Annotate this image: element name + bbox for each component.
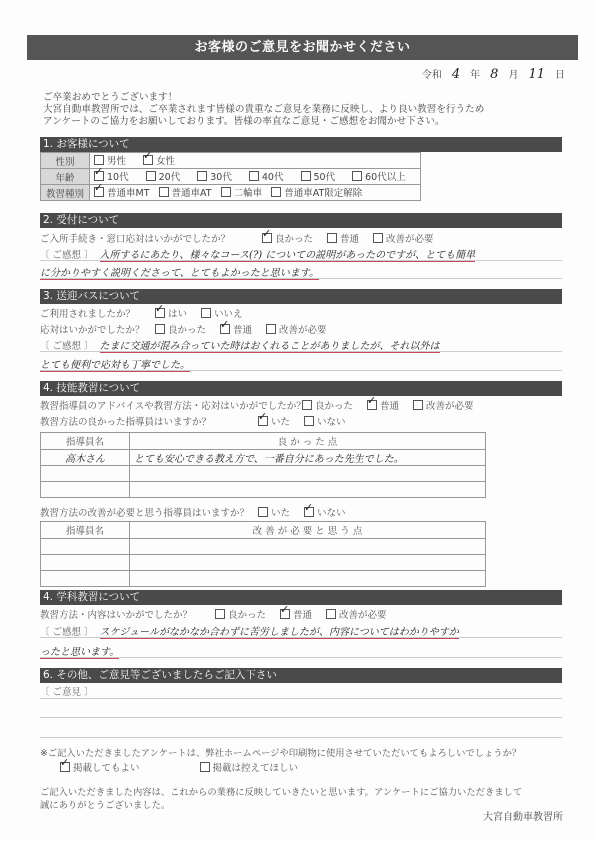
checkbox-needs-improvement[interactable]: 改善が必要 (413, 398, 474, 412)
instructor-name-cell[interactable] (41, 571, 130, 587)
checkbox-yes[interactable]: いた (258, 505, 290, 519)
checkbox-icon (155, 324, 165, 334)
section-header-reception: 2. 受付について (40, 213, 562, 228)
checked-checkbox-icon (94, 187, 104, 197)
checkbox-good[interactable]: 良かった (215, 607, 266, 621)
table-row (41, 539, 486, 555)
option-label: 掲載は控えてほしい (213, 760, 299, 774)
bus-comment-line-1[interactable]: 〔 ご感想 〕たまに交通が混み合っていた時はおくれることがありましたが、それ以外… (40, 337, 562, 352)
reception-question: ご入所手続き・窓口応対はいかがでしたか？ (40, 231, 262, 245)
course-label: 教習種別 (41, 185, 90, 201)
checkbox-at-limit-removal[interactable]: 普通車AT限定解除 (271, 185, 362, 199)
option-label: はい (168, 306, 187, 320)
reception-comment-line-1[interactable]: 〔 ご感想 〕入所するにあたり、様々なコース(?) についての説明があったのです… (40, 246, 562, 261)
option-label: 改善が必要 (279, 322, 327, 336)
option-label: 男性 (107, 153, 126, 167)
era-label: 令和 (422, 66, 442, 81)
option-label: 10代 (107, 169, 129, 183)
checkbox-icon (197, 171, 207, 181)
intro-line-1: ご卒業おめでとうございます！ (43, 92, 484, 104)
checkbox-needs-improvement[interactable]: 改善が必要 (373, 231, 434, 245)
checked-checkbox-icon (304, 507, 314, 517)
checkbox-icon (301, 171, 311, 181)
table-header-row: 指導員名 良 か っ た 点 (41, 433, 486, 450)
checkbox-icon (413, 400, 423, 410)
option-label: 良かった (275, 231, 313, 245)
bus-comment-line-2[interactable]: とても便利で応対も丁寧でした。 (40, 356, 562, 371)
good-points-cell[interactable] (130, 466, 486, 482)
intro-text: ご卒業おめでとうございます！ 大宮自動車教習所では、ご卒業されます皆様の貴重なご… (43, 92, 484, 128)
option-label: 40代 (262, 169, 284, 183)
checkbox-normal[interactable]: 普通 (280, 607, 312, 621)
instructor-name-cell[interactable] (41, 482, 130, 498)
checkbox-needs-improvement[interactable]: 改善が必要 (326, 607, 387, 621)
checkbox-normal[interactable]: 普通 (367, 398, 399, 412)
checked-checkbox-icon (143, 155, 153, 165)
option-label: いない (317, 414, 346, 428)
checkbox-at[interactable]: 普通車AT (159, 185, 212, 199)
classroom-comment-line-2[interactable]: ったと思います。 (40, 643, 562, 658)
school-signature: 大宮自動車教習所 (483, 808, 563, 823)
checkbox-icon (304, 416, 314, 426)
other-comment-line-2[interactable] (40, 703, 562, 718)
option-label: 60代以上 (365, 169, 406, 183)
checkbox-icon (327, 233, 337, 243)
improvement-points-cell[interactable] (130, 539, 486, 555)
comment-label: 〔 ご感想 〕 (40, 627, 94, 638)
checkbox-no[interactable]: いない (304, 505, 346, 519)
checkbox-mt[interactable]: 普通車MT (94, 185, 150, 199)
instructor-name-cell[interactable] (41, 555, 130, 571)
classroom-question-row: 教習方法・内容はいかがでしたか？ 良かった 普通 改善が必要 (40, 607, 401, 621)
table-row (41, 555, 486, 571)
other-comment-line-3[interactable] (40, 723, 562, 738)
checked-checkbox-icon (155, 308, 165, 318)
option-label: 二輪車 (234, 185, 263, 199)
checked-checkbox-icon (280, 609, 290, 619)
checked-checkbox-icon (60, 762, 70, 772)
checkbox-icon (221, 187, 231, 197)
month-value[interactable]: 8 (490, 67, 498, 82)
checkbox-yes[interactable]: はい (155, 306, 187, 320)
checkbox-age-30s[interactable]: 30代 (197, 169, 232, 183)
publish-options-row: 掲載してもよい 掲載は控えてほしい (60, 760, 312, 774)
comment-label: 〔 ご意見 〕 (40, 687, 94, 698)
checkbox-icon (326, 609, 336, 619)
checkbox-yes[interactable]: いた (258, 414, 290, 428)
column-header-improvement-points: 改 善 が 必 要 と 思 う 点 (130, 522, 486, 539)
thanks-line-1: ご記入いただきました内容は、これからの業務に反映していきたいと思います。アンケー… (40, 784, 522, 798)
checkbox-age-40s[interactable]: 40代 (249, 169, 284, 183)
instructor-name-cell[interactable] (41, 539, 130, 555)
survey-title: お客様のご意見をお聞かせください (27, 35, 578, 60)
option-label: 普通 (380, 398, 399, 412)
option-label: いない (317, 505, 346, 519)
checkbox-icon (94, 155, 104, 165)
checkbox-female[interactable]: 女性 (143, 153, 175, 167)
reception-question-row: ご入所手続き・窓口応対はいかがでしたか？ 良かった 普通 改善が必要 (40, 231, 448, 245)
checkbox-normal[interactable]: 普通 (220, 322, 252, 336)
checkbox-no[interactable]: いない (304, 414, 346, 428)
section-header-shuttle-bus: 3. 送迎バスについて (40, 289, 562, 304)
checkbox-good[interactable]: 良かった (302, 398, 353, 412)
checked-checkbox-icon (367, 400, 377, 410)
option-label: いた (271, 414, 290, 428)
checkbox-normal[interactable]: 普通 (327, 231, 359, 245)
good-instructor-table: 指導員名 良 か っ た 点 高木さん とても安心できる教え方で、一番自分にあっ… (40, 432, 486, 498)
checked-checkbox-icon (262, 233, 272, 243)
improve-instructor-table: 指導員名 改 善 が 必 要 と 思 う 点 (40, 521, 486, 587)
improvement-points-cell[interactable] (130, 555, 486, 571)
table-header-row: 指導員名 改 善 が 必 要 と 思 う 点 (41, 522, 486, 539)
option-label: 普通車AT (172, 185, 212, 199)
year-value[interactable]: 4 (452, 67, 460, 82)
checked-checkbox-icon (220, 324, 230, 334)
option-label: 改善が必要 (339, 607, 387, 621)
handwritten-comment: に分かりやすく説明くださって、とてもよかったと思います。 (40, 268, 319, 280)
option-label: 良かった (315, 398, 353, 412)
checkbox-icon (215, 609, 225, 619)
good-points-cell[interactable] (130, 482, 486, 498)
option-label: 普通 (340, 231, 359, 245)
option-label: 良かった (168, 322, 206, 336)
checkbox-icon (302, 400, 312, 410)
option-label: 改善が必要 (386, 231, 434, 245)
good-points-cell[interactable]: とても安心できる教え方で、一番自分にあった先生でした。 (130, 450, 486, 466)
table-row-course: 教習種別 普通車MT 普通車AT 二輪車 普通車AT限定解除 (41, 185, 421, 201)
day-value[interactable]: 11 (528, 67, 545, 82)
checkbox-publish-ok[interactable]: 掲載してもよい (60, 760, 140, 774)
option-label: いた (271, 505, 290, 519)
option-label: 普通 (293, 607, 312, 621)
checkbox-icon (249, 171, 259, 181)
age-label: 年齢 (41, 169, 90, 185)
section-header-classroom: 4. 学科教習について (40, 590, 562, 605)
checkbox-needs-improvement[interactable]: 改善が必要 (266, 322, 327, 336)
intro-line-3: アンケートのご協力をお願いしております。皆様の率直なご意見・ご感想をお聞かせ下さ… (43, 116, 484, 128)
section-header-skill-training: 4. 技能教習について (40, 381, 562, 396)
bus-usage-question: ご利用されましたか？ (40, 306, 155, 320)
section-header-customer: 1. お客様について (40, 137, 562, 152)
checkbox-icon (352, 171, 362, 181)
checkbox-publish-no[interactable]: 掲載は控えてほしい (200, 760, 299, 774)
option-label: 女性 (156, 153, 175, 167)
improvement-points-cell[interactable] (130, 571, 486, 587)
option-label: 改善が必要 (426, 398, 474, 412)
option-label: 50代 (314, 169, 336, 183)
classroom-question: 教習方法・内容はいかがでしたか？ (40, 607, 215, 621)
good-instructor-question: 教習方法の良かった指導員はいますか？ (40, 414, 258, 428)
gender-label: 性別 (41, 153, 90, 169)
checkbox-age-60plus[interactable]: 60代以上 (352, 169, 406, 183)
checkbox-icon (201, 308, 211, 318)
table-row (41, 482, 486, 498)
checkbox-icon (373, 233, 383, 243)
comment-label: 〔 ご感想 〕 (40, 250, 94, 261)
option-label: 普通車MT (107, 185, 150, 199)
option-label: 普通 (233, 322, 252, 336)
improve-instructor-row: 教習方法の改善が必要と思う指導員はいますか？ いた いない (40, 505, 360, 519)
instructor-name-cell[interactable] (41, 466, 130, 482)
classroom-comment-line-1[interactable]: 〔 ご感想 〕スケジュールがなかなか合わずに苦労しましたが、内容についてはわかり… (40, 623, 562, 638)
option-label: 良かった (228, 607, 266, 621)
instructor-name-cell[interactable]: 高木さん (41, 450, 130, 466)
reception-comment-line-2[interactable]: に分かりやすく説明くださって、とてもよかったと思います。 (40, 264, 562, 279)
section-header-other: 6. その他、ご意見等ございましたらご記入下さい (40, 668, 562, 683)
handwritten-comment: たまに交通が混み合っていた時はおくれることがありましたが、それ以外は (100, 341, 440, 353)
customer-info-table: 性別 男性 女性 年齢 10代 20代 30代 40代 50代 60代以上 教習… (40, 152, 421, 201)
intro-line-2: 大宮自動車教習所では、ご卒業されます皆様の貴重なご意見を業務に反映し、より良い教… (43, 104, 484, 116)
table-row (41, 571, 486, 587)
handwritten-comment: ったと思います。 (40, 647, 119, 659)
handwritten-comment: 入所するにあたり、様々なコース(?) についての説明があったのですが、とても簡単 (100, 250, 476, 262)
checkbox-good[interactable]: 良かった (262, 231, 313, 245)
table-row: 高木さん とても安心できる教え方で、一番自分にあった先生でした。 (41, 450, 486, 466)
bus-service-row: 応対はいかがでしたか？ 良かった 普通 改善が必要 (40, 322, 341, 336)
checkbox-icon (146, 171, 156, 181)
option-label: 普通車AT限定解除 (284, 185, 362, 199)
option-label: 30代 (210, 169, 232, 183)
improve-instructor-question: 教習方法の改善が必要と思う指導員はいますか？ (40, 505, 258, 519)
checkbox-icon (271, 187, 281, 197)
publish-question: ※ご記入いただきましたアンケートは、弊社ホームページや印刷物に使用させていただい… (40, 745, 521, 759)
good-instructor-row: 教習方法の良かった指導員はいますか？ いた いない (40, 414, 360, 428)
other-comment-line-1[interactable]: 〔 ご意見 〕 (40, 684, 562, 699)
month-label: 月 (508, 66, 518, 81)
checked-checkbox-icon (258, 416, 268, 426)
checkbox-icon (258, 507, 268, 517)
column-header-name: 指導員名 (41, 522, 130, 539)
option-label: 20代 (159, 169, 181, 183)
date-row: 令和 4 年 8 月 11 日 (422, 66, 565, 82)
checkbox-icon (266, 324, 276, 334)
handwritten-comment: とても便利で応対も丁寧でした。 (40, 360, 190, 372)
option-label: 掲載してもよい (73, 760, 140, 774)
handwritten-comment: スケジュールがなかなか合わずに苦労しましたが、内容についてはわかりやすか (100, 627, 459, 639)
column-header-name: 指導員名 (41, 433, 130, 450)
column-header-good-points: 良 か っ た 点 (130, 433, 486, 450)
checkbox-motorcycle[interactable]: 二輪車 (221, 185, 263, 199)
checkbox-icon (200, 762, 210, 772)
year-label: 年 (470, 66, 480, 81)
checkbox-good[interactable]: 良かった (155, 322, 206, 336)
checkbox-age-20s[interactable]: 20代 (146, 169, 181, 183)
checked-checkbox-icon (94, 171, 104, 181)
checkbox-icon (159, 187, 169, 197)
checkbox-age-50s[interactable]: 50代 (301, 169, 336, 183)
day-label: 日 (555, 66, 565, 81)
thanks-line-2: 誠にありがとうございました。 (40, 797, 170, 811)
table-row (41, 466, 486, 482)
bus-service-question: 応対はいかがでしたか？ (40, 322, 155, 336)
comment-label: 〔 ご感想 〕 (40, 341, 94, 352)
